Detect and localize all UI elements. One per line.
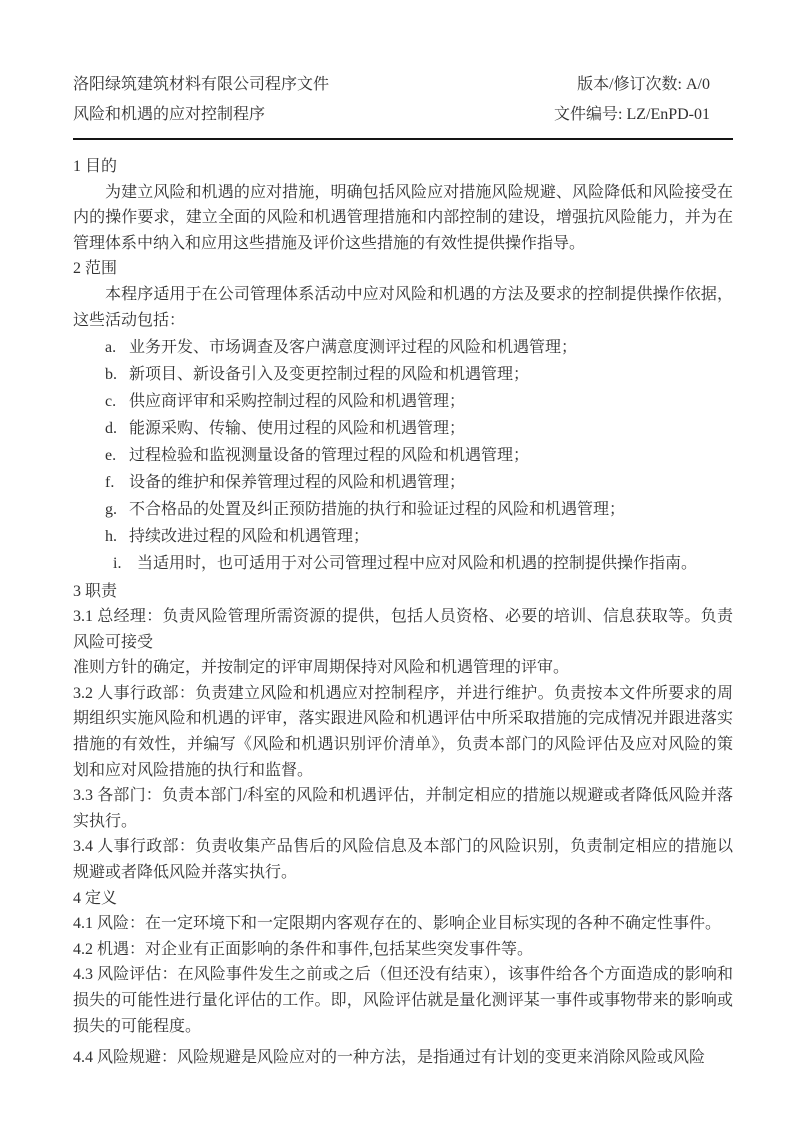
list-item-text: 能源采购、传输、使用过程的风险和机遇管理； <box>129 420 465 437</box>
list-item-marker: a. <box>105 335 119 361</box>
list-item-marker: c. <box>105 389 119 415</box>
list-item: b.新项目、新设备引入及变更控制过程的风险和机遇管理； <box>105 362 733 388</box>
definition-item-4-3: 4.3 风险评估：在风险事件发生之前或之后（但还没有结束），该事件给各个方面造成… <box>73 962 733 1039</box>
document-header-left: 洛阳绿筑建筑材料有限公司程序文件 风险和机遇的应对控制程序 <box>73 70 329 130</box>
duty-item-3-3: 3.3 各部门：负责本部门/科室的风险和机遇评估，并制定相应的措施以规避或者降低… <box>73 783 733 834</box>
duty-item-3-1: 3.1 总经理：负责风险管理所需资源的提供，包括人员资格、必要的培训、信息获取等… <box>73 604 733 681</box>
list-item-text: 供应商评审和采购控制过程的风险和机遇管理； <box>129 393 465 410</box>
list-item: i.当适用时，也可适用于对公司管理过程中应对风险和机遇的控制提供操作指南。 <box>113 551 733 577</box>
list-item-text: 持续改进过程的风险和机遇管理； <box>129 528 369 545</box>
section-purpose: 1 目的 为建立风险和机遇的应对措施，明确包括风险应对措施风险规避、风险降低和风… <box>73 154 733 256</box>
document-header: 洛阳绿筑建筑材料有限公司程序文件 风险和机遇的应对控制程序 版本/修订次数: A… <box>73 70 733 130</box>
list-item: d.能源采购、传输、使用过程的风险和机遇管理； <box>105 416 733 442</box>
definition-item-4-4: 4.4 风险规避：风险规避是风险应对的一种方法，是指通过有计划的变更来消除风险或… <box>73 1045 733 1071</box>
duty-item-3-4: 3.4 人事行政部：负责收集产品售后的风险信息及本部门的风险识别，负责制定相应的… <box>73 834 733 885</box>
list-item-marker: i. <box>113 551 127 577</box>
list-item: a.业务开发、市场调查及客户满意度测评过程的风险和机遇管理； <box>105 335 733 361</box>
list-item-marker: e. <box>105 443 119 469</box>
list-item-text: 当适用时，也可适用于对公司管理过程中应对风险和机遇的控制提供操作指南。 <box>137 555 697 572</box>
version-revision-line: 版本/修订次数: A/0 <box>554 70 710 100</box>
list-item-marker: g. <box>105 497 119 523</box>
list-item-text: 不合格品的处置及纠正预防措施的执行和验证过程的风险和机遇管理； <box>129 501 625 518</box>
header-divider-rule <box>73 138 733 140</box>
definition-item-4-1: 4.1 风险：在一定环境下和一定限期内客观存在的、影响企业目标实现的各种不确定性… <box>73 911 733 937</box>
list-item-marker: b. <box>105 362 119 388</box>
purpose-heading: 1 目的 <box>73 154 733 180</box>
list-item-text: 过程检验和监视测量设备的管理过程的风险和机遇管理； <box>129 447 529 464</box>
company-doc-line: 洛阳绿筑建筑材料有限公司程序文件 <box>73 70 329 100</box>
definitions-heading: 4 定义 <box>73 886 733 912</box>
list-item: f.设备的维护和保养管理过程的风险和机遇管理； <box>105 470 733 496</box>
procedure-document-page: 洛阳绿筑建筑材料有限公司程序文件 风险和机遇的应对控制程序 版本/修订次数: A… <box>0 0 800 1130</box>
list-item: g.不合格品的处置及纠正预防措施的执行和验证过程的风险和机遇管理； <box>105 497 733 523</box>
list-item-marker: h. <box>105 524 119 550</box>
section-scope: 2 范围 本程序适用于在公司管理体系活动中应对风险和机遇的方法及要求的控制提供操… <box>73 256 733 577</box>
document-header-right: 版本/修订次数: A/0 文件编号: LZ/EnPD-01 <box>554 70 733 130</box>
scope-intro: 本程序适用于在公司管理体系活动中应对风险和机遇的方法及要求的控制提供操作依据，这… <box>73 282 733 333</box>
list-item: h.持续改进过程的风险和机遇管理； <box>105 524 733 550</box>
document-title: 风险和机遇的应对控制程序 <box>73 100 329 130</box>
list-item: e.过程检验和监视测量设备的管理过程的风险和机遇管理； <box>105 443 733 469</box>
list-item-marker: f. <box>105 470 119 496</box>
section-definitions: 4 定义 4.1 风险：在一定环境下和一定限期内客观存在的、影响企业目标实现的各… <box>73 886 733 1071</box>
list-item-marker: d. <box>105 416 119 442</box>
list-item-text: 业务开发、市场调查及客户满意度测评过程的风险和机遇管理； <box>129 339 577 356</box>
document-number-line: 文件编号: LZ/EnPD-01 <box>554 100 710 130</box>
scope-activity-list: a.业务开发、市场调查及客户满意度测评过程的风险和机遇管理； b.新项目、新设备… <box>73 335 733 577</box>
document-body: 1 目的 为建立风险和机遇的应对措施，明确包括风险应对措施风险规避、风险降低和风… <box>73 154 733 1071</box>
scope-heading: 2 范围 <box>73 256 733 282</box>
section-duties: 3 职责 3.1 总经理：负责风险管理所需资源的提供，包括人员资格、必要的培训、… <box>73 579 733 886</box>
list-item: c.供应商评审和采购控制过程的风险和机遇管理； <box>105 389 733 415</box>
duty-item-3-2: 3.2 人事行政部：负责建立风险和机遇应对控制程序，并进行维护。负责按本文件所要… <box>73 681 733 783</box>
definition-item-4-2: 4.2 机遇：对企业有正面影响的条件和事件,包括某些突发事件等。 <box>73 937 733 963</box>
list-item-text: 设备的维护和保养管理过程的风险和机遇管理； <box>129 474 465 491</box>
duties-heading: 3 职责 <box>73 579 733 605</box>
list-item-text: 新项目、新设备引入及变更控制过程的风险和机遇管理； <box>129 366 529 383</box>
purpose-paragraph: 为建立风险和机遇的应对措施，明确包括风险应对措施风险规避、风险降低和风险接受在内… <box>73 180 733 257</box>
